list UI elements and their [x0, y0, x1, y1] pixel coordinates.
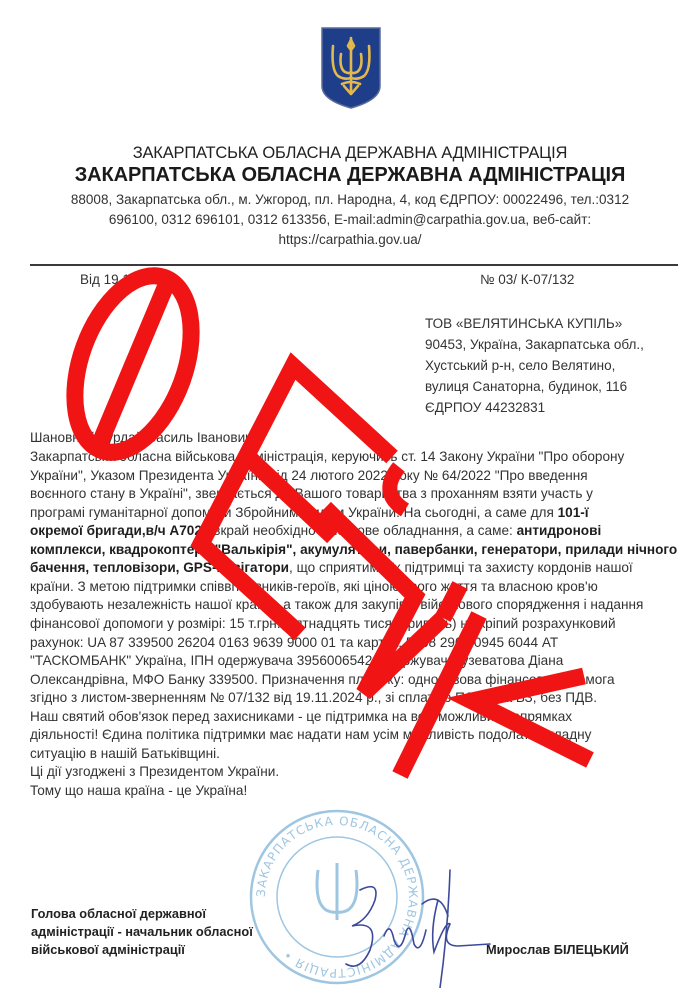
body-line: комплекси, квадрокоптери "Валькірія", ак…: [30, 542, 677, 557]
signatory-title-line: військової адміністрації: [31, 941, 253, 959]
greeting: Шановний Турдай Василь Іванович!: [30, 430, 256, 445]
body-text: воєнного стану в Україні", звертається д…: [30, 486, 593, 501]
body-line: воєнного стану в Україні", звертається д…: [30, 486, 593, 501]
body-text: діяльності! Єдина політика підтримки має…: [30, 727, 591, 742]
body-line: фінансової допомоги у розмірі: 15 т.грн.…: [30, 616, 616, 631]
body-text: Закарпатська обласна військова адміністр…: [30, 449, 624, 464]
body-text: "ТАСКОМБАНК" Україна, ІПН одержувача 395…: [30, 653, 563, 668]
body-text: Тому що наша країна - це Україна!: [30, 783, 247, 798]
recipient-line: ТОВ «ВЕЛЯТИНСЬКА КУПІЛЬ»: [425, 313, 644, 334]
signatory-title-line: Голова обласної державної: [31, 905, 253, 923]
header-website-link[interactable]: https://carpathia.gov.ua/: [0, 232, 700, 247]
recipient-line: 90453, Україна, Закарпатська обл.,: [425, 334, 644, 355]
header-org-name: ЗАКАРПАТСЬКА ОБЛАСНА ДЕРЖАВНА АДМІНІСТРА…: [0, 144, 700, 163]
header-divider: [30, 264, 678, 266]
body-text: програмі гуманітарної допомоги Збройним …: [30, 505, 558, 520]
body-text: ситуацію в нашій Батьківщині.: [30, 746, 220, 761]
body-text: Ці дії узгоджені з Президентом України.: [30, 764, 279, 779]
recipient-line: Хустський р-н, село Велятино,: [425, 355, 644, 376]
body-line: діяльності! Єдина політика підтримки має…: [30, 727, 591, 742]
body-line: Наш святий обов'язок перед захисниками -…: [30, 709, 572, 724]
signature-icon: [330, 860, 500, 988]
body-text: згідно з листом-зверненням № 07/132 від …: [30, 690, 597, 705]
body-text-bold: 101-ї: [558, 505, 589, 520]
document-date: Від 19.11.2024: [80, 272, 170, 287]
header-org-name-bold: ЗАКАРПАТСЬКА ОБЛАСНА ДЕРЖАВНА АДМІНІСТРА…: [0, 164, 700, 187]
body-line: Олександрівна, МФО Банку 339500. Признач…: [30, 672, 615, 687]
body-text-bold: антидронові: [517, 523, 602, 538]
body-text: країни. З метою підтримки співвітчизникі…: [30, 579, 598, 594]
body-text: вкрай необхідно військове обладнання, а …: [209, 523, 516, 538]
signatory-name: Мирослав БІЛЕЦЬКИЙ: [486, 942, 629, 957]
recipient-block: ТОВ «ВЕЛЯТИНСЬКА КУПІЛЬ» 90453, Україна,…: [425, 313, 644, 418]
signatory-title-line: адміністрації - начальник обласної: [31, 923, 253, 941]
body-text-bold: комплекси, квадрокоптери "Валькірія", ак…: [30, 542, 677, 557]
recipient-line: вулиця Санаторна, будинок, 116: [425, 376, 644, 397]
body-line: Закарпатська обласна військова адміністр…: [30, 449, 624, 464]
body-text: України", Указом Президента України від …: [30, 468, 588, 483]
body-text: Наш святий обов'язок перед захисниками -…: [30, 709, 572, 724]
body-line: згідно з листом-зверненням № 07/132 від …: [30, 690, 597, 705]
header-address-line: 88008, Закарпатська обл., м. Ужгород, пл…: [0, 192, 700, 207]
body-line: програмі гуманітарної допомоги Збройним …: [30, 505, 589, 520]
body-line: бачення, тепловізори, GPS-навігатори, що…: [30, 560, 633, 575]
body-text: , що сприятиме їх підтримці та захисту к…: [289, 560, 633, 575]
body-text-bold: бачення, тепловізори, GPS-навігатори: [30, 560, 289, 575]
body-text: здобувають незалежність нашої країни, а …: [30, 597, 643, 612]
header-address-line: 696100, 0312 696101, 0312 613356, E-mail…: [0, 212, 700, 227]
body-line: ситуацію в нашій Батьківщині.: [30, 746, 220, 761]
coat-of-arms-icon: [320, 26, 382, 110]
body-text: рахунок: UA 87 339500 26204 0163 9639 90…: [30, 635, 558, 650]
document-number: № 03/ К-07/132: [480, 272, 574, 287]
body-text: Олександрівна, МФО Банку 339500. Признач…: [30, 672, 615, 687]
signatory-title: Голова обласної державної адміністрації …: [31, 905, 253, 959]
body-line: здобувають незалежність нашої країни, а …: [30, 597, 643, 612]
body-line: Тому що наша країна - це Україна!: [30, 783, 247, 798]
body-line: "ТАСКОМБАНК" Україна, ІПН одержувача 395…: [30, 653, 563, 668]
body-text: фінансової допомоги у розмірі: 15 т.грн.…: [30, 616, 616, 631]
body-text-bold: окремої бригади,в/ч А7029: [30, 523, 209, 538]
body-line: України", Указом Президента України від …: [30, 468, 588, 483]
body-line: окремої бригади,в/ч А7029 вкрай необхідн…: [30, 523, 601, 538]
body-line: рахунок: UA 87 339500 26204 0163 9639 90…: [30, 635, 558, 650]
body-line: Ці дії узгоджені з Президентом України.: [30, 764, 279, 779]
body-line: країни. З метою підтримки співвітчизникі…: [30, 579, 598, 594]
recipient-line: ЄДРПОУ 44232831: [425, 397, 644, 418]
